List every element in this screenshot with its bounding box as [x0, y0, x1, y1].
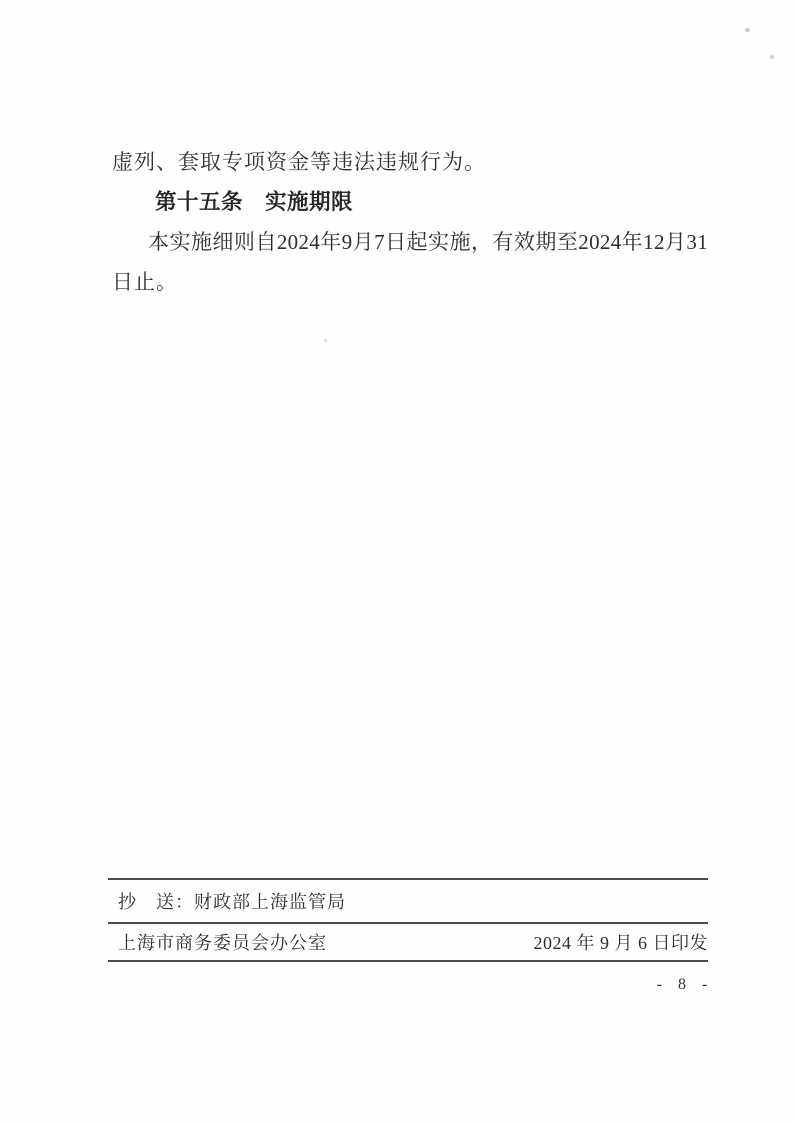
document-body: 虚列、套取专项资金等违法违规行为。 第十五条 实施期限 本实施细则自2024年9…: [112, 142, 708, 302]
paragraph-line: 日止。: [112, 262, 708, 302]
issuing-office: 上海市商务委员会办公室: [118, 929, 327, 955]
scan-artifact-dot: [770, 55, 774, 59]
page-number: - 8 -: [640, 976, 730, 994]
print-date: 2024 年 9 月 6 日印发: [534, 929, 709, 955]
paragraph-continuation-line: 虚列、套取专项资金等违法违规行为。: [112, 142, 708, 182]
issue-row: 上海市商务委员会办公室 2024 年 9 月 6 日印发: [108, 924, 708, 960]
paragraph-line: 本实施细则自2024年9月7日起实施，有效期至2024年12月31: [112, 222, 708, 262]
cc-row: 抄 送：财政部上海监管局: [108, 880, 708, 922]
scan-artifact-dot: [745, 28, 750, 32]
cc-line: 抄 送：财政部上海监管局: [118, 888, 346, 914]
article-heading: 第十五条 实施期限: [112, 182, 708, 222]
document-footer: 抄 送：财政部上海监管局 上海市商务委员会办公室 2024 年 9 月 6 日印…: [108, 878, 708, 962]
scan-artifact-dot: [324, 339, 327, 342]
document-page: 虚列、套取专项资金等违法违规行为。 第十五条 实施期限 本实施细则自2024年9…: [0, 0, 794, 1122]
footer-divider-bottom: [108, 960, 708, 962]
